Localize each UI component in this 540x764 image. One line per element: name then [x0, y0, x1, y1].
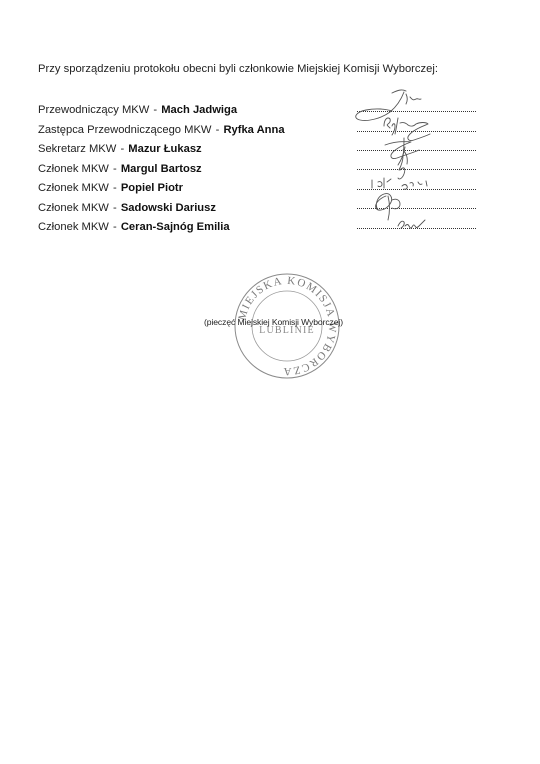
member-row: Członek MKW - Sadowski Dariusz: [38, 199, 285, 219]
member-role: Członek MKW: [38, 202, 109, 214]
attendance-intro-text: Przy sporządzeniu protokołu obecni byli …: [38, 63, 438, 75]
signature-mach: [356, 90, 421, 121]
separator: -: [120, 143, 124, 155]
signature-line: [357, 228, 476, 229]
member-name: Ceran-Sajnóg Emilia: [121, 221, 230, 233]
member-name: Ryfka Anna: [223, 124, 284, 136]
signature-mazur: [385, 138, 419, 170]
member-role: Członek MKW: [38, 221, 109, 233]
member-row: Przewodniczący MKW - Mach Jadwiga: [38, 101, 285, 121]
member-name: Mach Jadwiga: [161, 104, 237, 116]
signature-line: [357, 150, 476, 151]
signature-line: [357, 131, 476, 132]
member-name: Margul Bartosz: [121, 163, 202, 175]
signature-popiel: [372, 178, 427, 189]
member-row: Zastępca Przewodniczącego MKW - Ryfka An…: [38, 121, 285, 141]
stamp-caption: (pieczęć Miejskiej Komisji Wyborczej): [204, 317, 343, 327]
signature-ceran-sajnog: [398, 220, 425, 228]
member-row: Członek MKW - Popiel Piotr: [38, 179, 285, 199]
signature-line: [357, 208, 476, 209]
separator: -: [113, 163, 117, 175]
signature-line: [357, 111, 476, 112]
member-row: Sekretarz MKW - Mazur Łukasz: [38, 140, 285, 160]
separator: -: [113, 221, 117, 233]
member-row: Członek MKW - Ceran-Sajnóg Emilia: [38, 218, 285, 238]
member-row: Członek MKW - Margul Bartosz: [38, 160, 285, 180]
commission-members-list: Przewodniczący MKW - Mach Jadwiga Zastęp…: [38, 101, 285, 238]
document-page: Przy sporządzeniu protokołu obecni byli …: [0, 0, 540, 764]
member-role: Zastępca Przewodniczącego MKW: [38, 124, 211, 136]
member-role: Przewodniczący MKW: [38, 104, 149, 116]
signature-ryfka: [384, 118, 430, 141]
signature-sadowski: [376, 194, 400, 220]
member-role: Członek MKW: [38, 163, 109, 175]
signature-line: [357, 189, 476, 190]
member-role: Sekretarz MKW: [38, 143, 116, 155]
separator: -: [216, 124, 220, 136]
member-name: Popiel Piotr: [121, 182, 183, 194]
signature-line: [357, 169, 476, 170]
member-name: Sadowski Dariusz: [121, 202, 216, 214]
separator: -: [113, 182, 117, 194]
separator: -: [153, 104, 157, 116]
signature-margul: [398, 147, 405, 179]
member-name: Mazur Łukasz: [128, 143, 201, 155]
separator: -: [113, 202, 117, 214]
member-role: Członek MKW: [38, 182, 109, 194]
